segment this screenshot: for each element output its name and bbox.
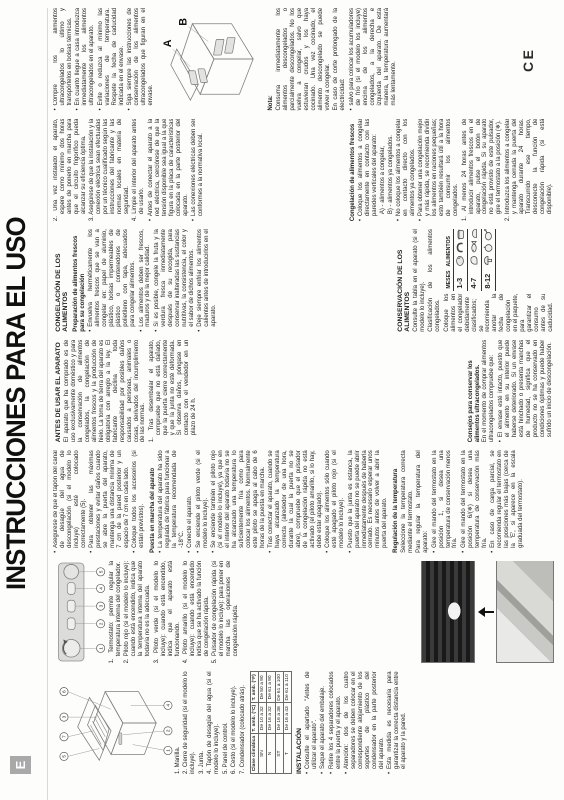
freezing-bullet: Deje siempre enfriar los alimentos calie…: [197, 229, 218, 332]
install-bullet: Esta medida es necesaria para garantizar…: [387, 671, 408, 774]
panel-item: 3. Piloto verde (si el modelo lo incluye…: [154, 561, 182, 664]
panel-item: 2. Piloto rojo (si el modelo lo incluye)…: [124, 561, 152, 664]
before-use-item: 2. Una vez instalado el aparato, espere …: [53, 119, 88, 222]
handle-detail: [119, 733, 122, 745]
table-row: 1-3: [453, 229, 467, 291]
startup-bullet: Conecte el aparato.: [187, 450, 194, 553]
callout-1: 1: [166, 749, 171, 752]
photo-corner-separator: [496, 561, 554, 664]
fresh-bullet: Coloque los alimentos a congelar directa…: [358, 119, 379, 222]
up-arrow-icon: [477, 561, 494, 664]
column-notes: Compre los alimentos ultracongelados lo …: [53, 8, 555, 111]
language-badge: E: [10, 756, 31, 774]
note-text: Consuma inmediatamente los alimentos des…: [276, 8, 332, 111]
chest-freezer-diagram: 5 7 3 6 1 2 4: [54, 671, 174, 774]
shopping-bullet: Compre los alimentos ultracongelados lo …: [53, 8, 74, 111]
callout-row-bottom: 1 2 4: [164, 701, 172, 754]
fresh-item: 1. Al menos 24 horas antes de introducir…: [462, 119, 504, 222]
table-row: ST De 16 a 38 De 61 a 100: [275, 672, 283, 774]
note-heading: Nota:: [268, 8, 275, 111]
table-row: SN De 10 a 32 De 50 a 90: [259, 672, 267, 774]
fruit-icon: [483, 243, 493, 253]
sausage-icon: [455, 242, 465, 253]
shopping-bullet: En cuanto llegue a casa introduzca inmed…: [75, 8, 96, 111]
regulation-bullet: Gire el mando del termostato en la posic…: [432, 450, 460, 553]
fresh-bullet: No coloque los alimentos a congelar en c…: [396, 119, 417, 222]
label-B: B: [178, 18, 190, 26]
freezing-bullet: Los alimentos deben ser frescos, maduros…: [139, 229, 153, 332]
table-row: 4-7: [467, 229, 481, 291]
install-bullet: Coloque todos los accesorios (si están p…: [132, 450, 146, 553]
freezing-subheading: Preparación de alimentos frescos para su…: [73, 229, 87, 332]
section-fresh-freezing: Congelación de alimentos frescos: [350, 119, 357, 222]
section-regulation: Regulación de la temperatura: [393, 450, 400, 553]
callout-5: 5: [98, 571, 103, 574]
regulation-intro: Seleccione la temperatura correcta media…: [401, 450, 415, 553]
part-item: 3. Junta.: [199, 671, 206, 774]
fish-icon: [469, 241, 479, 253]
freezing-bullet: Si es posible, congele la fruta y la ver…: [154, 229, 196, 332]
part-item: 1. Manilla.: [175, 671, 182, 774]
table-row: N De 16 a 32 De 61 a 90: [267, 672, 275, 774]
before-use-item: 4. Limpie el interior del aparato antes …: [132, 119, 146, 222]
callout-3: 3: [98, 605, 103, 608]
section-freezing: CONGELACIÓN DE LOS ALIMENTOS: [55, 229, 70, 332]
pilot-lamp: [67, 601, 75, 613]
section-installation: INSTALACIÓN: [296, 671, 303, 774]
photo-condenser-drain: [421, 561, 475, 664]
freezing-bullet: Envuelva herméticamente los alimentos fr…: [88, 229, 137, 332]
callout-4: 4: [166, 704, 171, 707]
advice-bullet: El envase esté intacto, puesto que el al…: [498, 340, 554, 443]
label-A: A: [162, 39, 174, 47]
startup-bullet: Se enciende también el piloto rojo (si e…: [211, 450, 267, 553]
frozen-packages: [189, 38, 236, 85]
callout-3: 3: [62, 715, 67, 718]
page-title: INSTRUCCIONES PARA EL USO: [1, 217, 32, 590]
climate-header: T. amb. (°F): [251, 672, 259, 703]
startup-bullet: Tras conectar el aparato, cuando se haya…: [268, 450, 324, 553]
table-row: 8-12: [481, 229, 495, 291]
fresh-bullet: Para obtener una congelación mejor y más…: [418, 119, 460, 222]
panel-item: 5. Pulsador de congelación rápida (si el…: [212, 561, 240, 664]
install-bullet: Retire los 4 separadores colocados entre…: [329, 671, 343, 774]
install-bullet: Para obtener las máximas prestaciones y …: [89, 450, 131, 553]
before-use-bullet: Las conexiones eléctricas deben ser conf…: [191, 119, 205, 222]
header-rule: [47, 8, 48, 800]
advice-intro: En el momento de comprar alimentos ultra…: [482, 340, 496, 443]
regulation-bullet: Gire el mando del termostato en la posic…: [461, 450, 489, 553]
fresh-item: 2. Introduzca los alimentos a congelar y…: [505, 119, 554, 222]
pilot-lamp: [67, 583, 75, 595]
column-startup: Asegúrese de que el tapón del canal de d…: [53, 450, 555, 553]
bread-icon: [469, 229, 479, 239]
startup-bullet: Puesto que la junta es estanca, la puert…: [348, 450, 390, 553]
conservation-line: Consulte la tabla en el aparato (si el m…: [413, 229, 427, 332]
fresh-ab-line: A) - alimentos a congelar,: [380, 119, 387, 222]
column-fresh-freezing: 2. Una vez instalado el aparato, espere …: [53, 119, 555, 222]
panel-callouts: 1 2 3 4 5: [96, 568, 104, 653]
regulation-intro: Para regular la temperatura del aparato:: [416, 450, 430, 553]
panel-item: 1. Termostato: permite regular la temper…: [109, 561, 123, 664]
climate-class-table: Clase climática T. amb. (°C) T. amb. (°F…: [250, 671, 292, 774]
column-control-panel: 1 2 3 4 5 1. Termostato: permite regular…: [53, 561, 555, 664]
screenshot: E INSTRUCCIONES PARA EL USO CE 5 7 3 6: [0, 0, 564, 800]
content-columns: 5 7 3 6 1 2 4 1. Manil: [53, 8, 555, 774]
power-cut-bullet: salvo para colocar los acumuladores de f…: [349, 8, 398, 111]
climate-header: Clase climática: [251, 734, 259, 774]
fresh-ab-line: B) - alimentos ya congelados.: [388, 119, 395, 222]
storage-header: MESES: [445, 268, 454, 290]
part-item: 6. Cesto (si el modelo lo incluye).: [231, 671, 238, 774]
section-before-use: ANTES DE USAR EL APARATO: [55, 340, 62, 443]
section-advice: Consejos para conservar los alimentos ul…: [468, 340, 482, 443]
part-item: 5. Panel de control.: [223, 671, 230, 774]
climate-header: T. amb. (°C): [251, 703, 259, 734]
column-freezing: CONGELACIÓN DE LOS ALIMENTOS Preparación…: [53, 229, 555, 332]
before-use-bullet: Antes de conectar el aparato a la red el…: [148, 119, 190, 222]
callout-7: 7: [62, 735, 67, 738]
startup-bullet: Se enciende el piloto verde (si el model…: [196, 450, 210, 553]
install-bullet: Asegúrese de que el tapón del canal de d…: [53, 450, 88, 553]
before-use-item: 1. Tras desembalar el aparato, compruebe…: [149, 340, 198, 443]
callout-row-top: 5 7 3 6: [60, 687, 68, 760]
callout-2: 2: [166, 729, 171, 732]
before-use-intro: El aparato que ha comprado es de uso exc…: [64, 340, 147, 443]
shopping-bullet: Evite o reduzca al mínimo las variacione…: [98, 8, 126, 111]
stew-pot-icon: [455, 229, 465, 240]
part-item: 2. Cierre de seguridad (si el modelo lo …: [183, 671, 197, 774]
part-item: 4. Tapón de desagüe del agua (si el mode…: [207, 671, 221, 774]
startup-bullet: Coloque los alimentos sólo cuando esté a…: [325, 450, 346, 553]
install-bullet: Consulte el apartado "Antes de utilizar …: [305, 671, 319, 774]
poultry-icon: [483, 229, 493, 241]
power-cut-heading: En caso de corte prolongado de la electr…: [333, 8, 347, 111]
callout-4: 4: [98, 587, 103, 590]
table-row: T De 16 a 43 De 61 a 110: [283, 672, 291, 774]
shopping-bullet: Siga siempre las instrucciones de conser…: [127, 8, 155, 111]
startup-bullet: La temperatura del aparato ha sido regul…: [158, 450, 186, 553]
manual-sheet-rotated: E INSTRUCCIONES PARA EL USO CE 5 7 3 6: [0, 0, 564, 800]
column-before-use: ANTES DE USAR EL APARATO El aparato que …: [53, 340, 555, 443]
conservation-line: Clasificación de los alimentos congelado…: [428, 229, 442, 332]
callout-1: 1: [98, 647, 103, 650]
control-panel-diagram: 1 2 3 4 5: [54, 561, 108, 664]
conservation-side-text: Coloque los alimentos en el congelador d…: [444, 294, 555, 332]
mushroom-icon: [483, 255, 493, 266]
part-item: 7. Condensador (colocado atrás).: [240, 671, 247, 774]
pork-roast-icon: [455, 255, 465, 266]
regulation-bullet: En caso de carga parcial, se recomienda …: [490, 450, 525, 553]
pilot-lamp: [67, 618, 75, 630]
shellfish-icon: [469, 255, 479, 266]
section-startup: Puesta en marcha del aparato: [150, 450, 157, 553]
column-parts: 5 7 3 6 1 2 4 1. Manil: [53, 671, 555, 774]
callout-2: 2: [98, 622, 103, 625]
panel-item: 4. Piloto amarillo (si el modelo lo incl…: [183, 561, 211, 664]
storage-months-table: MESES ALIMENTOS 1-3 4-7: [445, 229, 496, 291]
freezer-loading-diagram: A B: [157, 10, 265, 108]
section-conservation: CONSERVACIÓN DE LOS ALIMENTOS: [397, 229, 412, 332]
callout-5: 5: [62, 755, 67, 758]
callout-6: 6: [62, 690, 67, 693]
storage-header: ALIMENTOS: [445, 229, 454, 268]
install-bullet: Atención: dos de los cuatro separadores …: [344, 671, 386, 774]
install-bullet: Saque el aparato del embalaje.: [320, 671, 327, 774]
fast-freeze-button: [64, 565, 79, 580]
before-use-item: 3. Asegúrese de que la instalación y la …: [89, 119, 131, 222]
